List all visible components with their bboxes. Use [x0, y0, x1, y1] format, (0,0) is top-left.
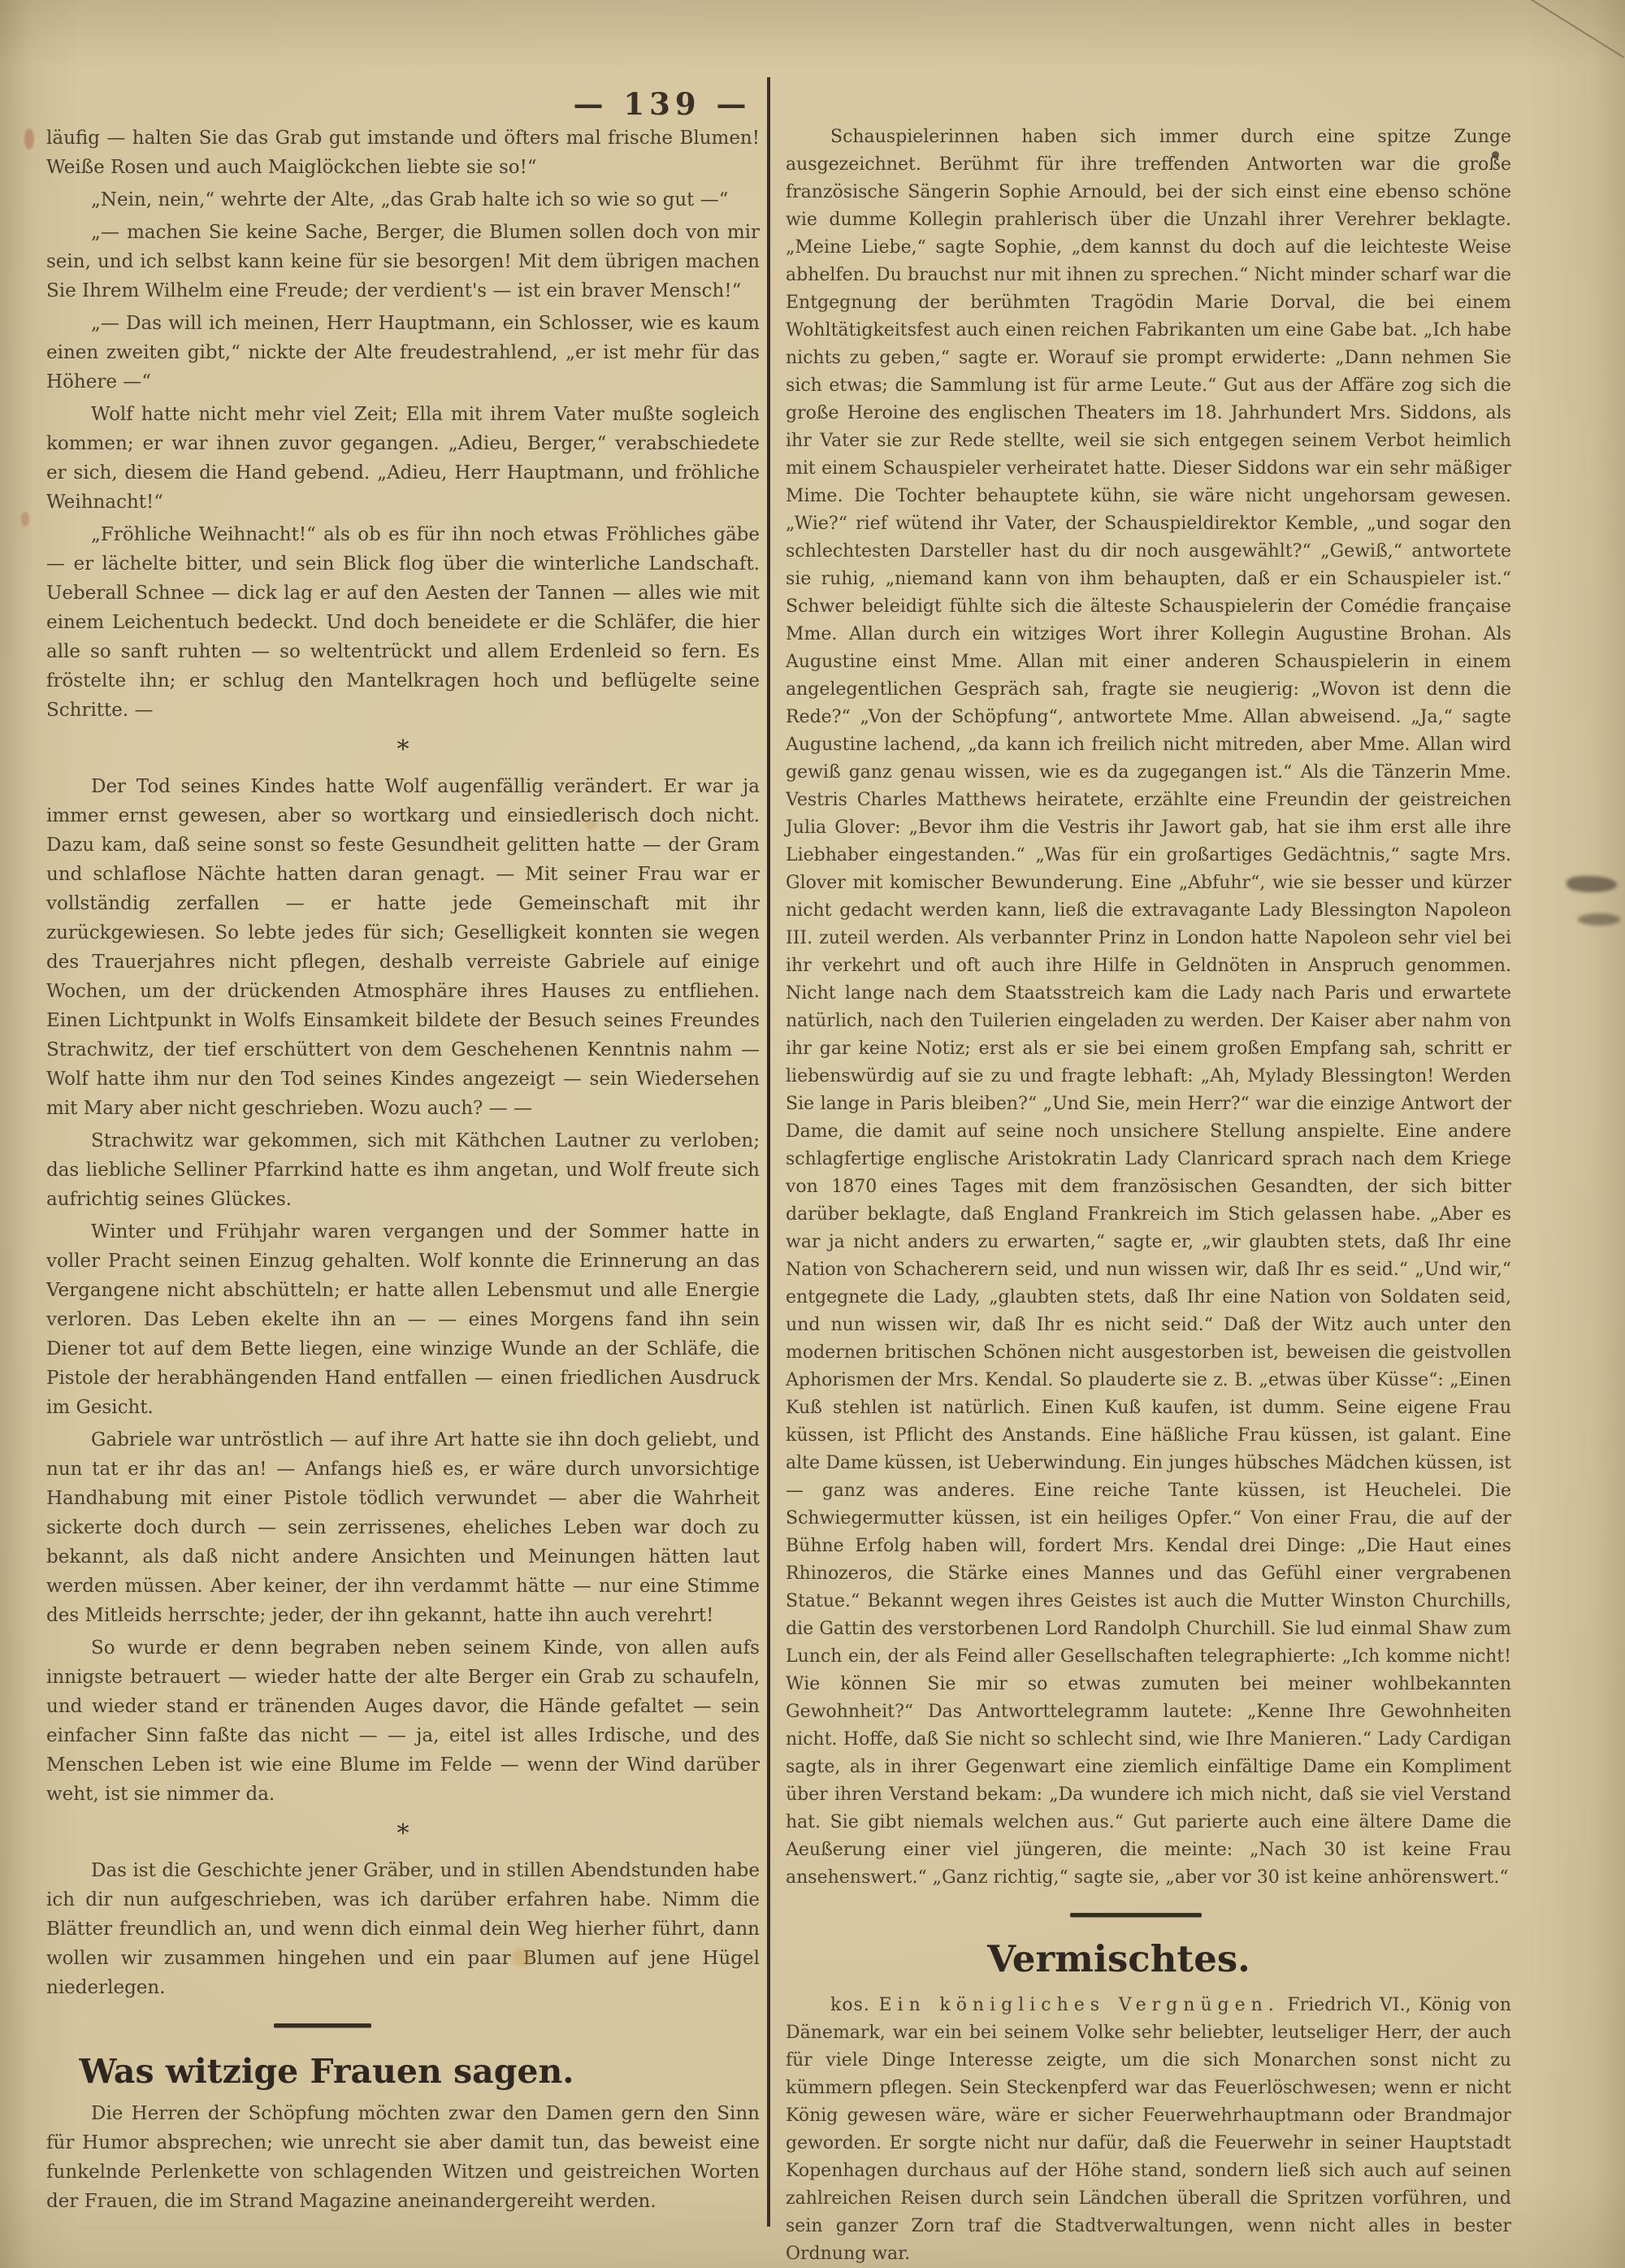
section-heading-vermischtes: Vermischtes. [786, 1938, 1452, 1980]
section-rule [274, 2023, 371, 2027]
section-rule [1070, 1913, 1202, 1917]
left-column: läufig — halten Sie das Grab gut imstand… [46, 124, 760, 2219]
paper-speck [21, 512, 29, 527]
vermischtes-paragraph: kos. Ein königliches Vergnügen. Friedric… [786, 1992, 1511, 2268]
page-number: — 139 — [0, 86, 1324, 122]
story-paragraph: „Nein, nein,“ wehrte der Alte, „das Grab… [46, 185, 760, 215]
author-abbreviation: kos. [830, 1995, 878, 2015]
story-paragraph: Strachwitz war gekommen, sich mit Käthch… [46, 1126, 760, 1214]
item-text: Friedrich VI., König von Dänemark, war e… [786, 1995, 1511, 2264]
paper-speck [24, 128, 34, 150]
story-paragraph: So wurde er denn begraben neben seinem K… [46, 1633, 760, 1809]
section-intro-paragraph: Die Herren der Schöpfung möchten zwar de… [46, 2099, 760, 2216]
column-divider [767, 77, 770, 2227]
story-paragraph: Das ist die Geschichte jener Gräber, und… [46, 1856, 760, 2002]
story-paragraph: läufig — halten Sie das Grab gut imstand… [46, 124, 760, 182]
section-heading-witzige-frauen: Was witzige Frauen sagen. [46, 2052, 607, 2091]
book-page: — 139 — läufig — halten Sie das Grab gut… [0, 0, 1625, 2268]
story-paragraph: „— machen Sie keine Sache, Berger, die B… [46, 218, 760, 306]
story-paragraph: „Fröhliche Weihnacht!“ als ob es für ihn… [46, 520, 760, 725]
story-paragraph: Winter und Frühjahr waren vergangen und … [46, 1217, 760, 1422]
story-paragraph: „— Das will ich meinen, Herr Hauptmann, … [46, 309, 760, 397]
anecdotes-paragraph: Schauspielerinnen haben sich immer durch… [786, 124, 1511, 1892]
story-paragraph: Gabriele war untröstlich — auf ihre Art … [46, 1425, 760, 1630]
right-column: Schauspielerinnen haben sich immer durch… [786, 124, 1511, 2268]
scan-smudge [1578, 913, 1620, 926]
asterisk-separator: * [46, 738, 760, 762]
scan-smudge [1566, 876, 1617, 892]
story-paragraph: Wolf hatte nicht mehr viel Zeit; Ella mi… [46, 400, 760, 517]
story-paragraph: Der Tod seines Kindes hatte Wolf augenfä… [46, 772, 760, 1123]
scan-scratch [1520, 0, 1624, 59]
item-title-spaced: Ein königliches Vergnügen. [878, 1995, 1279, 2015]
asterisk-separator: * [46, 1822, 760, 1846]
